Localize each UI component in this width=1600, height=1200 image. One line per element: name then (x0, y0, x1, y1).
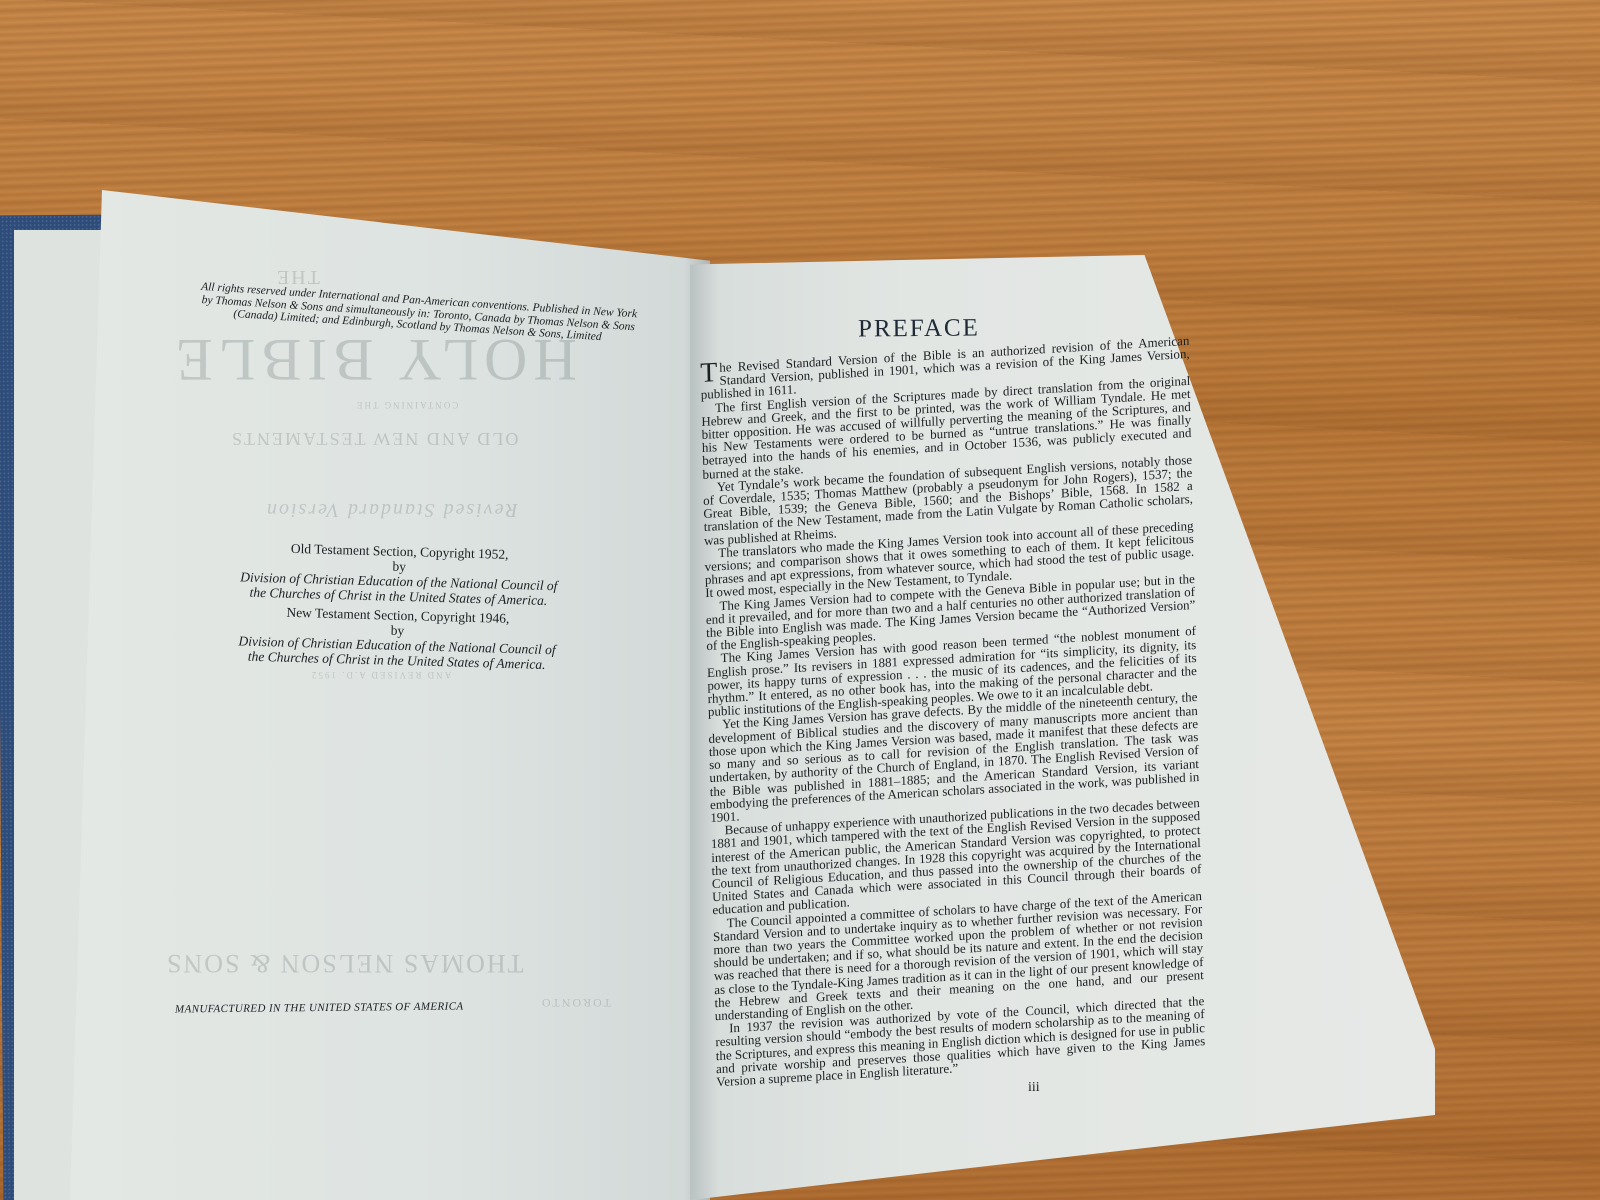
show-through-toronto: TORONTO (540, 995, 611, 1010)
copyright-sections: Old Testament Section, Copyright 1952, b… (187, 538, 610, 674)
show-through-rsv: Revised Standard Version (265, 498, 518, 521)
show-through-containing: CONTAINING THE (355, 400, 458, 410)
show-through-old-new: OLD AND NEW TESTAMENTS (230, 428, 518, 449)
show-through-publisher: THOMAS NELSON & SONS (165, 948, 524, 978)
page-number: iii (1028, 1080, 1040, 1096)
preface-body: The Revised Standard Version of the Bibl… (700, 334, 1206, 1089)
show-through-revised: AND REVISED A.D. 1952 (310, 670, 451, 680)
show-through-the: THE (275, 265, 320, 288)
preface-title: PREFACE (858, 314, 980, 343)
drop-cap: T (700, 362, 718, 385)
